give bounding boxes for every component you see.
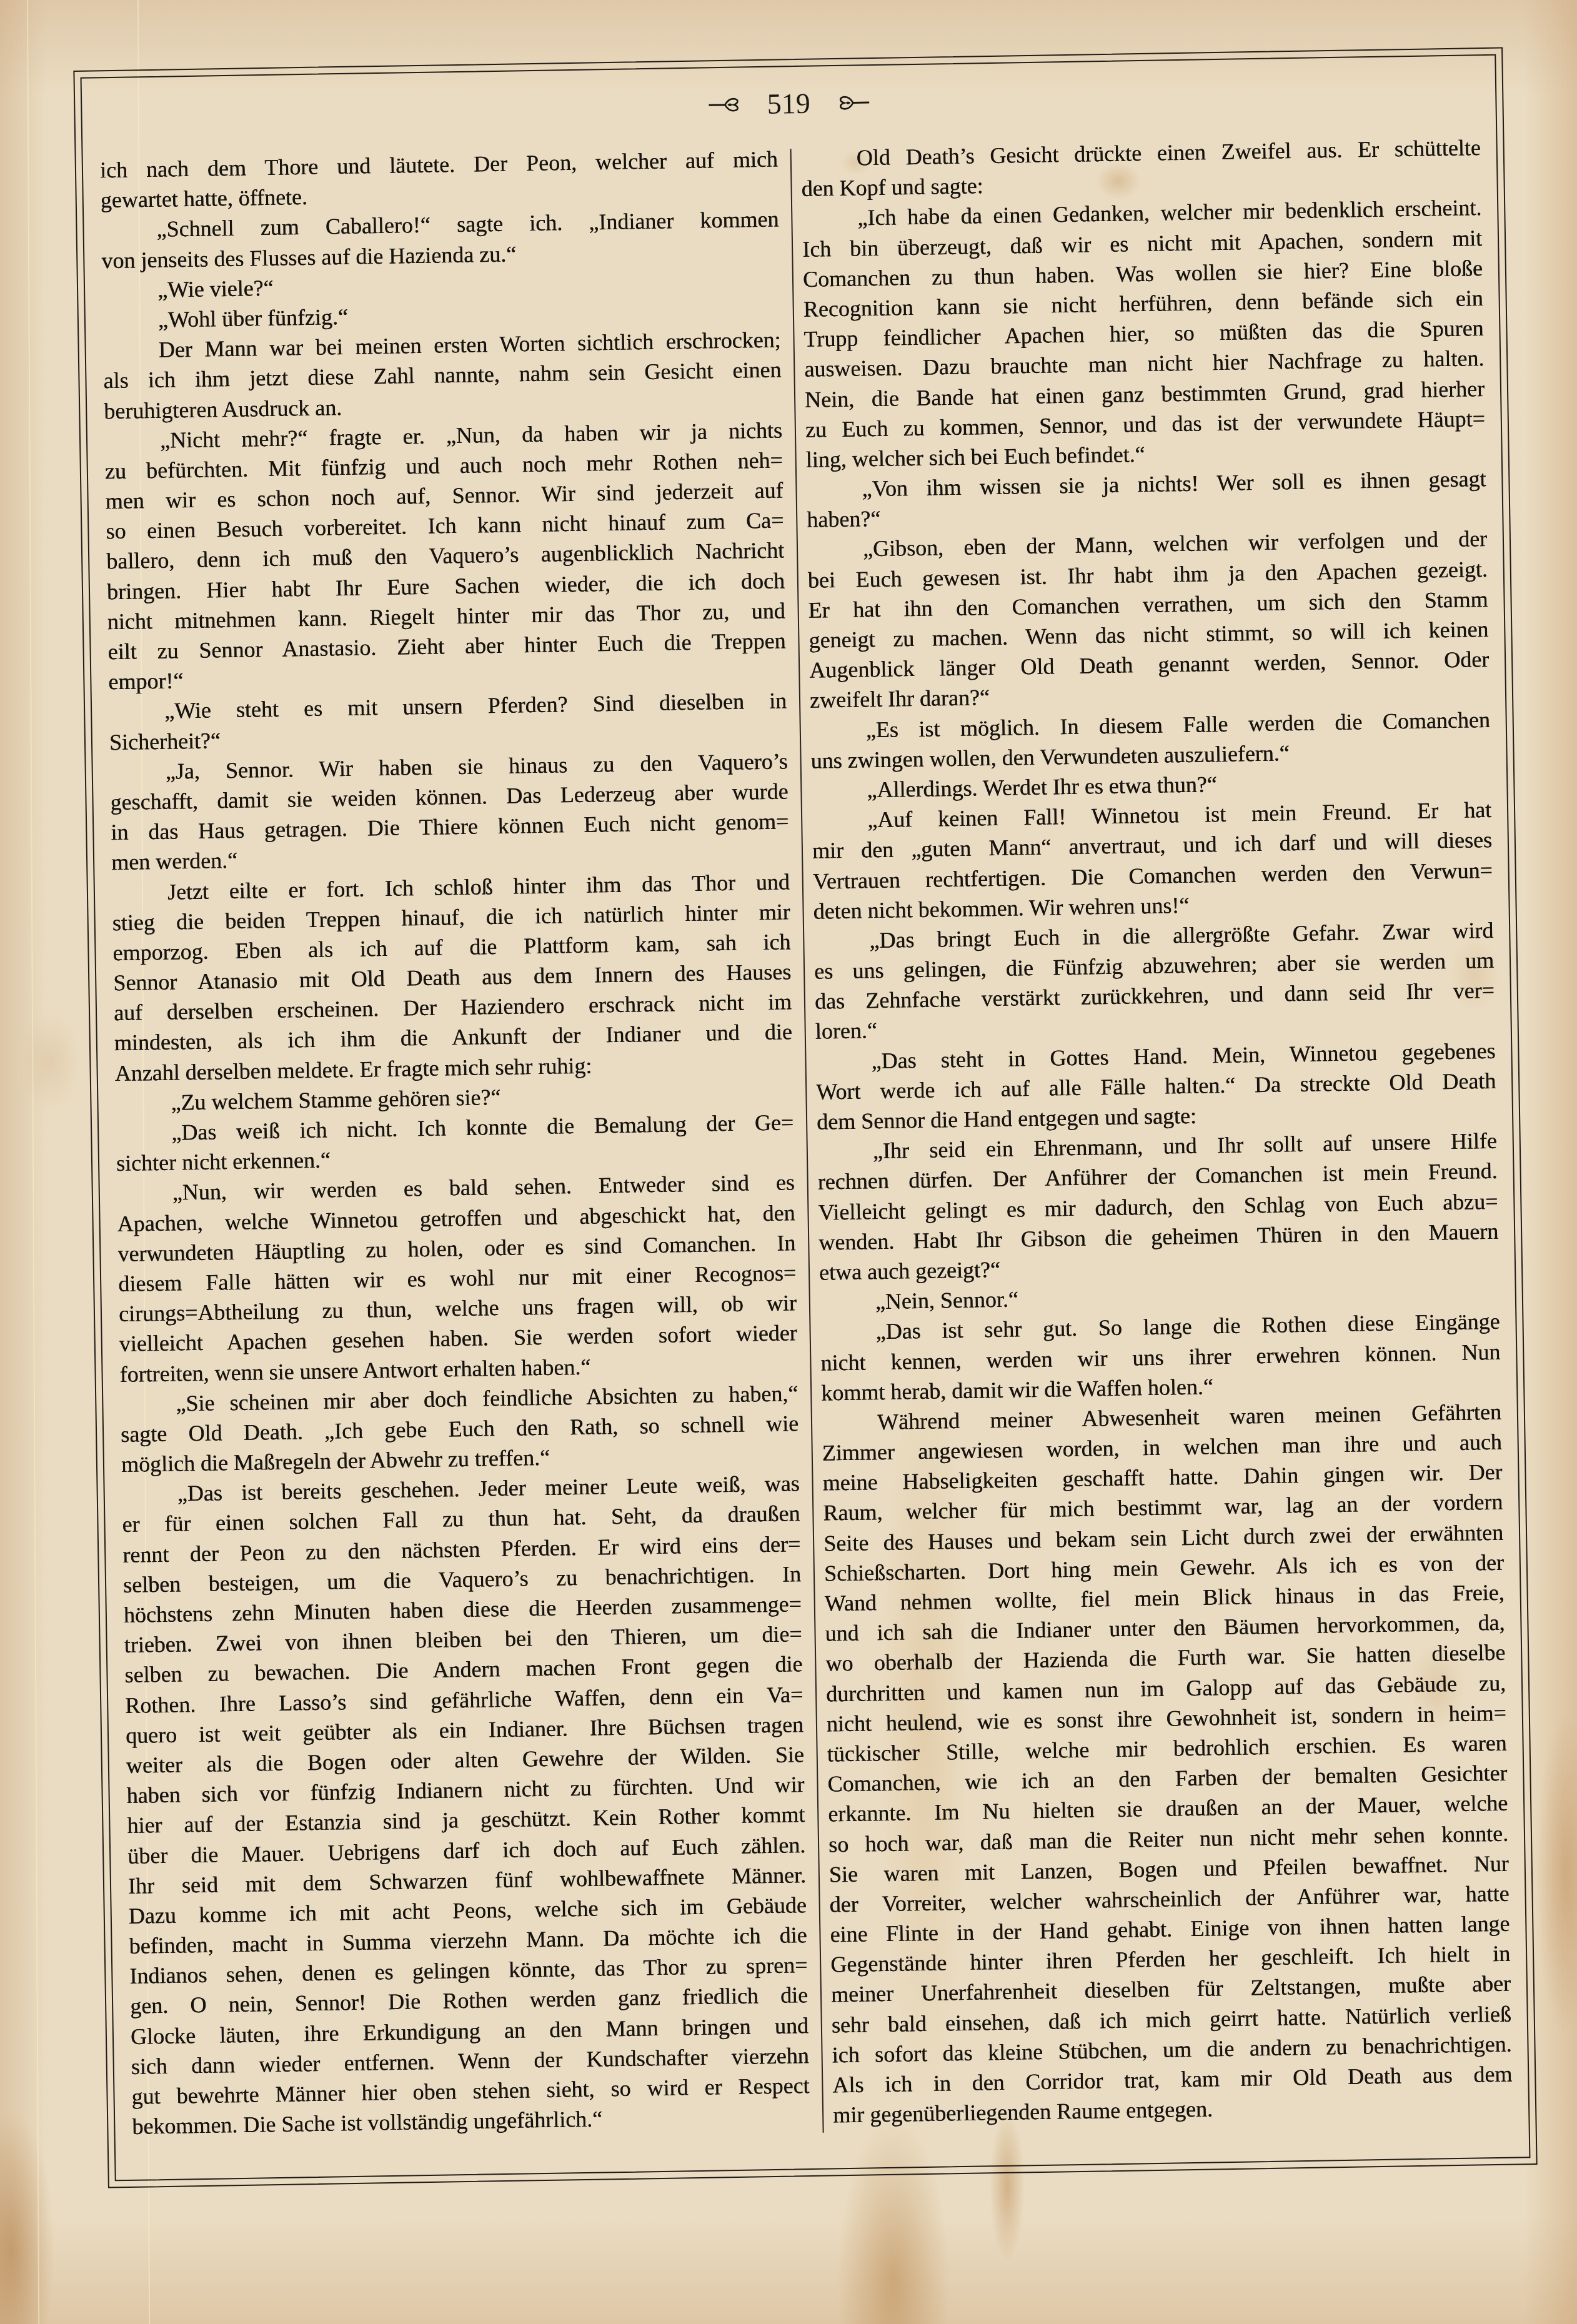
left-column: ich nach dem Thore und läutete. Der Peon… — [100, 144, 810, 2142]
fleuron-right-icon — [837, 93, 869, 112]
page-number: 519 — [767, 86, 810, 122]
page-frame: 519 ich nach dem Thore und läutete. Der … — [73, 47, 1537, 2188]
right-column: Old Death’s Gesicht drückte einen Zweife… — [800, 132, 1513, 2130]
paper-crease-line — [27, 0, 39, 2324]
fleuron-left-icon — [709, 95, 741, 114]
